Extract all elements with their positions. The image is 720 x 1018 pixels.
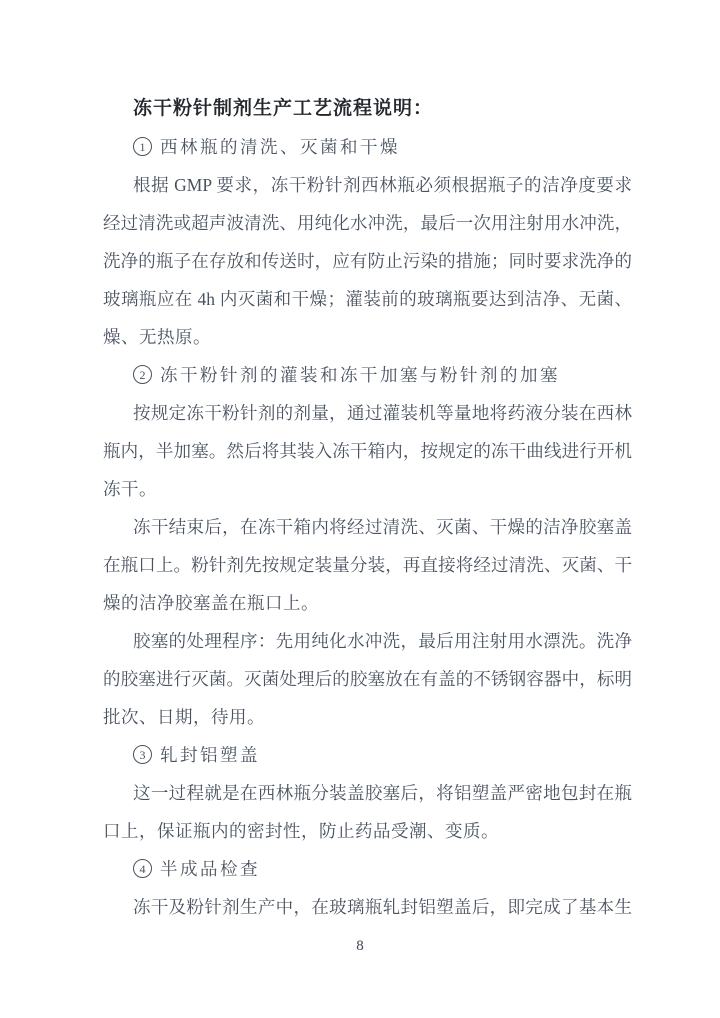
section-heading-2: 2冻干粉针剂的灌装和冻干加塞与粉针剂的加塞 xyxy=(103,356,632,394)
section-heading-3: 3轧封铝塑盖 xyxy=(103,736,632,774)
paragraph-line: 批次、日期，待用。 xyxy=(103,698,632,736)
section-heading-text: 半成品检查 xyxy=(160,859,260,879)
section-heading-4: 4半成品检查 xyxy=(103,850,632,888)
section-heading-1: 1西林瓶的清洗、灭菌和干燥 xyxy=(103,128,632,166)
paragraph-line: 经过清洗或超声波清洗、用纯化水冲洗，最后一次用注射用水冲洗， xyxy=(103,204,632,242)
paragraph-line: 洗净的瓶子在存放和传送时，应有防止污染的措施；同时要求洗净的 xyxy=(103,242,632,280)
paragraph-line: 燥的洁净胶塞盖在瓶口上。 xyxy=(103,584,632,622)
paragraph-line: 冻干及粉针剂生产中，在玻璃瓶轧封铝塑盖后，即完成了基本生 xyxy=(103,888,632,926)
paragraph-line: 根据 GMP 要求，冻干粉针剂西林瓶必须根据瓶子的洁净度要求 xyxy=(103,166,632,204)
circled-number-icon: 4 xyxy=(133,859,152,878)
paragraph-line: 瓶内，半加塞。然后将其装入冻干箱内，按规定的冻干曲线进行开机 xyxy=(103,432,632,470)
paragraph-line: 冻干结束后，在冻干箱内将经过清洗、灭菌、干燥的洁净胶塞盖 xyxy=(103,508,632,546)
paragraph-line: 这一过程就是在西林瓶分装盖胶塞后，将铝塑盖严密地包封在瓶 xyxy=(103,774,632,812)
section-heading-text: 冻干粉针剂的灌装和冻干加塞与粉针剂的加塞 xyxy=(160,365,560,385)
paragraph-line: 冻干。 xyxy=(103,470,632,508)
section-heading-text: 西林瓶的清洗、灭菌和干燥 xyxy=(160,137,400,157)
paragraph-line: 胶塞的处理程序：先用纯化水冲洗，最后用注射用水漂洗。洗净 xyxy=(103,622,632,660)
paragraph-line: 口上，保证瓶内的密封性，防止药品受潮、变质。 xyxy=(103,812,632,850)
circled-number-icon: 1 xyxy=(133,137,152,156)
document-title: 冻干粉针制剂生产工艺流程说明： xyxy=(103,90,632,128)
section-heading-text: 轧封铝塑盖 xyxy=(160,745,260,765)
paragraph-line: 的胶塞进行灭菌。灭菌处理后的胶塞放在有盖的不锈钢容器中，标明 xyxy=(103,660,632,698)
paragraph-line: 燥、无热原。 xyxy=(103,318,632,356)
document-body: 冻干粉针制剂生产工艺流程说明： 1西林瓶的清洗、灭菌和干燥 根据 GMP 要求，… xyxy=(103,90,632,926)
paragraph-line: 在瓶口上。粉针剂先按规定装量分装，再直接将经过清洗、灭菌、干 xyxy=(103,546,632,584)
paragraph-line: 玻璃瓶应在 4h 内灭菌和干燥；灌装前的玻璃瓶要达到洁净、无菌、干 xyxy=(103,280,632,318)
circled-number-icon: 3 xyxy=(133,745,152,764)
page-number: 8 xyxy=(0,938,720,955)
document-page: 冻干粉针制剂生产工艺流程说明： 1西林瓶的清洗、灭菌和干燥 根据 GMP 要求，… xyxy=(0,0,720,1018)
circled-number-icon: 2 xyxy=(133,365,152,384)
paragraph-line: 按规定冻干粉针剂的剂量，通过灌装机等量地将药液分装在西林 xyxy=(103,394,632,432)
